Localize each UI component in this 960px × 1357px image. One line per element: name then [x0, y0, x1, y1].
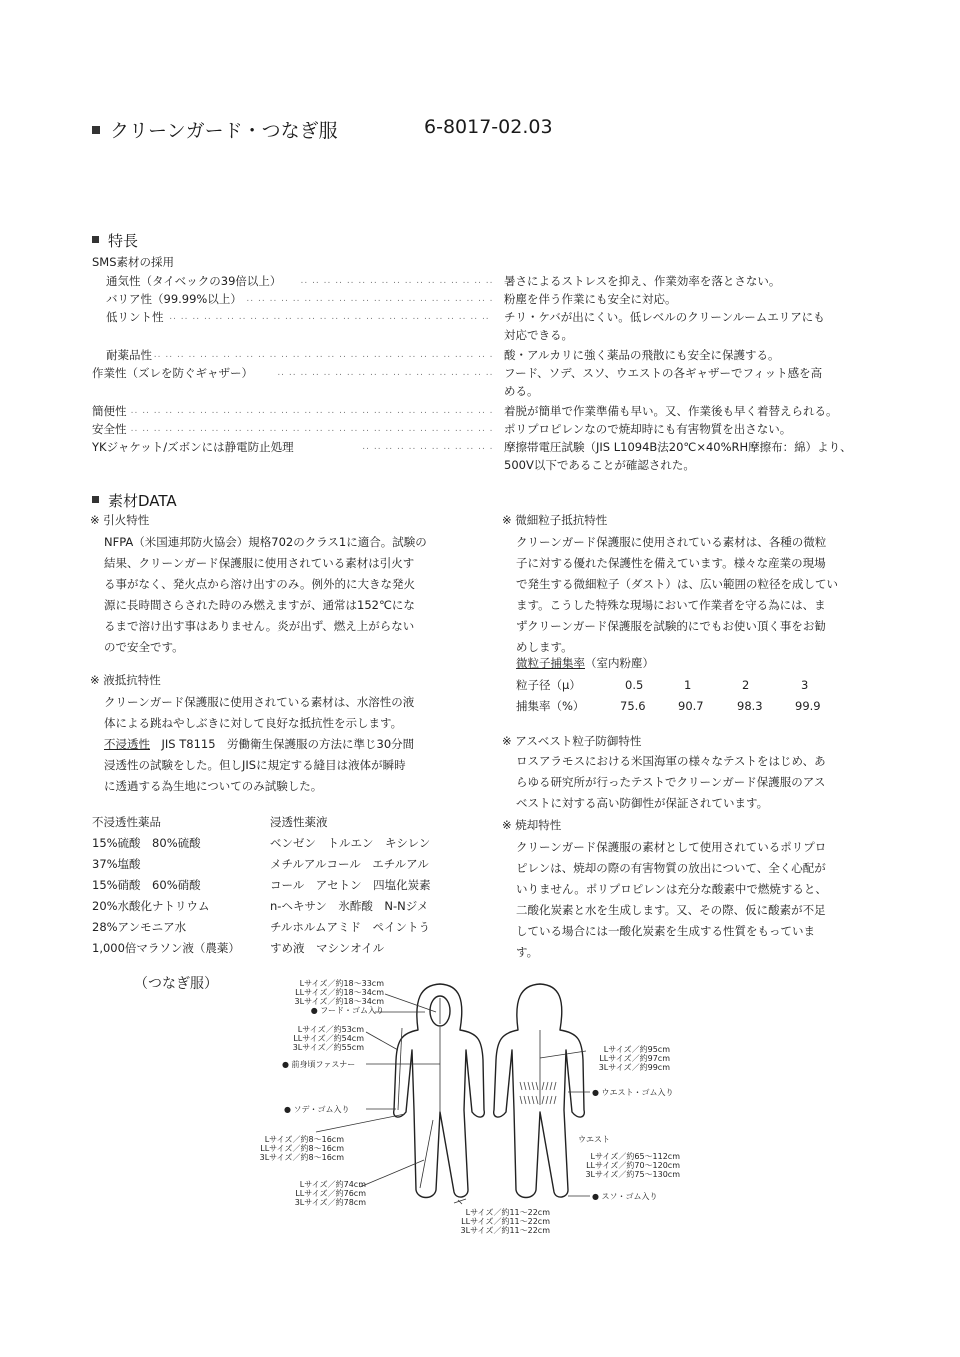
hem-elastic-label: ● スソ・ゴム入り: [592, 1192, 658, 1201]
hood-size-labels: Lサイズ／約18～33cm LLサイズ／約18～34cm 3Lサイズ／約18～3…: [278, 979, 384, 1015]
waist-elastic-label: ● ウエスト・ゴム入り: [592, 1088, 674, 1097]
sleeve-label: ● ソデ・ゴム入り: [284, 1105, 350, 1114]
zipper-label: ● 前身頃ファスナー: [282, 1060, 355, 1069]
back-length-labels: Lサイズ／約95cm LLサイズ／約97cm 3Lサイズ／約99cm: [580, 1045, 670, 1072]
ankle-size-labels: Lサイズ／約11～22cm LLサイズ／約11～22cm 3Lサイズ／約11～2…: [440, 1208, 550, 1235]
coverall-diagram: [0, 0, 960, 1357]
front-coverall-outline: [394, 984, 485, 1198]
inseam-size-labels: Lサイズ／約74cm LLサイズ／約76cm 3Lサイズ／約78cm: [270, 1180, 366, 1207]
front-size-labels: Lサイズ／約53cm LLサイズ／約54cm 3Lサイズ／約55cm: [270, 1025, 364, 1052]
waist-gather-marks: [520, 1082, 556, 1104]
waist-title: ウエスト: [578, 1135, 610, 1144]
cuff-size-labels: Lサイズ／約8～16cm LLサイズ／約8～16cm 3Lサイズ／約8～16cm: [240, 1135, 344, 1162]
waist-size-labels: Lサイズ／約65～112cm LLサイズ／約70～120cm 3Lサイズ／約75…: [566, 1152, 680, 1179]
